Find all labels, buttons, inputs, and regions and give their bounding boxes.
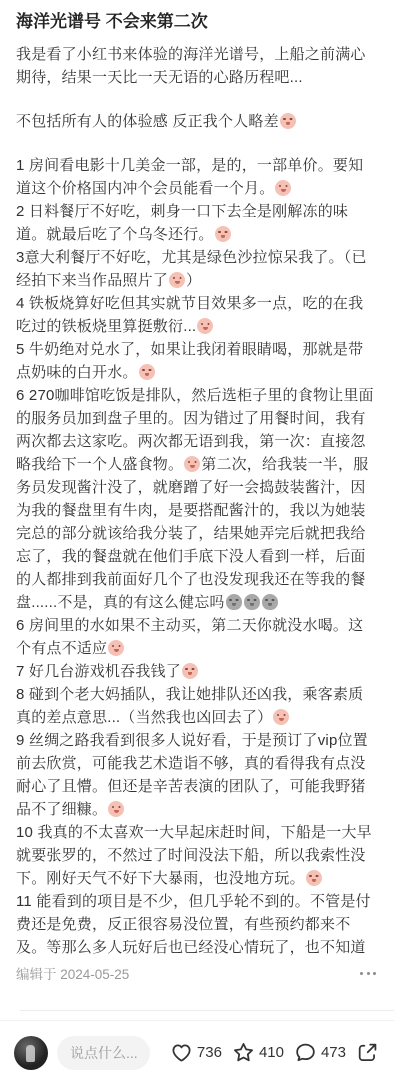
post-paragraph: 3意大利餐厅不好吃，尤其是绿色沙拉惊呆我了。（已经拍下来当作品照片了） [16, 246, 378, 292]
pink-face-emoji [280, 113, 296, 129]
post-detail-screen: 海洋光谱号 不会来第二次 我是看了小红书来体验的海洋光谱号，上船之前满心期待，结… [0, 0, 394, 1084]
pink-face-emoji [215, 226, 231, 242]
comment-button[interactable]: 473 [293, 1040, 346, 1065]
post-paragraph: 1 房间看电影十几美金一部，是的，一部单价。要知道这个价格国内冲个会员能看一个月… [16, 154, 378, 200]
stone-face-emoji [226, 594, 242, 610]
post-paragraph: 8 碰到个老大妈插队，我让她排队还凶我，乘客素质真的差点意思...（当然我也凶回… [16, 683, 378, 729]
pink-face-emoji [306, 870, 322, 886]
post-paragraph: 10 我真的不太喜欢一大早起床赶时间，下船是一大早就要张罗的，不然过了时间没法下… [16, 821, 378, 890]
post-paragraph: 不包括所有人的体验感 反正我个人略差 [16, 110, 378, 133]
comment-action-bar: 说点什么... 736 410 473 [0, 1020, 394, 1084]
collect-button[interactable]: 410 [231, 1040, 284, 1065]
share-button[interactable] [355, 1040, 380, 1065]
edited-date: 编辑于 2024-05-25 [16, 963, 129, 983]
post-meta-row: 编辑于 2024-05-25 [16, 963, 378, 983]
comment-input[interactable]: 说点什么... [57, 1036, 150, 1070]
pink-face-emoji [182, 663, 198, 679]
stone-face-emoji [262, 594, 278, 610]
post-paragraph: 6 270咖啡馆吃饭是排队，然后选柜子里的食物让里面的服务员加到盘子里的。因为错… [16, 384, 378, 614]
comment-input-placeholder: 说点什么... [70, 1043, 137, 1063]
post-title: 海洋光谱号 不会来第二次 [16, 10, 378, 34]
commenter-avatar[interactable] [14, 1036, 48, 1070]
like-button[interactable]: 736 [169, 1040, 222, 1065]
pink-face-emoji [108, 640, 124, 656]
post-paragraph: 4 铁板烧算好吃但其实就节目效果多一点，吃的在我吃过的铁板烧里算挺敷衍... [16, 292, 378, 338]
chat-bubble-icon [293, 1040, 318, 1065]
pink-face-emoji [169, 272, 185, 288]
post-paragraph: 我是看了小红书来体验的海洋光谱号，上船之前满心期待，结果一天比一天无语的心路历程… [16, 43, 378, 89]
star-icon [231, 1040, 256, 1065]
paragraph-spacer [16, 133, 378, 154]
post-content: 海洋光谱号 不会来第二次 我是看了小红书来体验的海洋光谱号，上船之前满心期待，结… [0, 0, 394, 958]
post-paragraph: 5 牛奶绝对兑水了，如果让我闭着眼睛喝，那就是带点奶味的白开水。 [16, 338, 378, 384]
share-icon [355, 1040, 380, 1065]
post-body: 我是看了小红书来体验的海洋光谱号，上船之前满心期待，结果一天比一天无语的心路历程… [16, 43, 378, 958]
pink-face-emoji [184, 456, 200, 472]
post-paragraph: 6 房间里的水如果不主动买，第二天你就没水喝。这个有点不适应 [16, 614, 378, 660]
post-paragraph: 9 丝绸之路我看到很多人说好看，于是预订了vip位置前去欣赏，可能我艺术造诣不够… [16, 729, 378, 821]
post-paragraph: 11 能看到的项目是不少，但几乎轮不到的。不管是付费还是免费，反正很容易没位置，… [16, 890, 378, 958]
post-paragraph: 7 好几台游戏机吞我钱了 [16, 660, 378, 683]
paragraph-spacer [16, 89, 378, 110]
pink-face-emoji [275, 180, 291, 196]
stone-face-emoji [244, 594, 260, 610]
comment-count: 473 [321, 1044, 346, 1061]
pink-face-emoji [197, 318, 213, 334]
pink-face-emoji [108, 801, 124, 817]
pink-face-emoji [139, 364, 155, 380]
pink-face-emoji [273, 709, 289, 725]
content-divider [20, 1010, 394, 1011]
more-options-icon[interactable] [358, 968, 378, 979]
collect-count: 410 [259, 1044, 284, 1061]
heart-icon [169, 1040, 194, 1065]
like-count: 736 [197, 1044, 222, 1061]
post-paragraph: 2 日料餐厅不好吃，刺身一口下去全是刚解冻的味道。就最后吃了个乌冬还行。 [16, 200, 378, 246]
